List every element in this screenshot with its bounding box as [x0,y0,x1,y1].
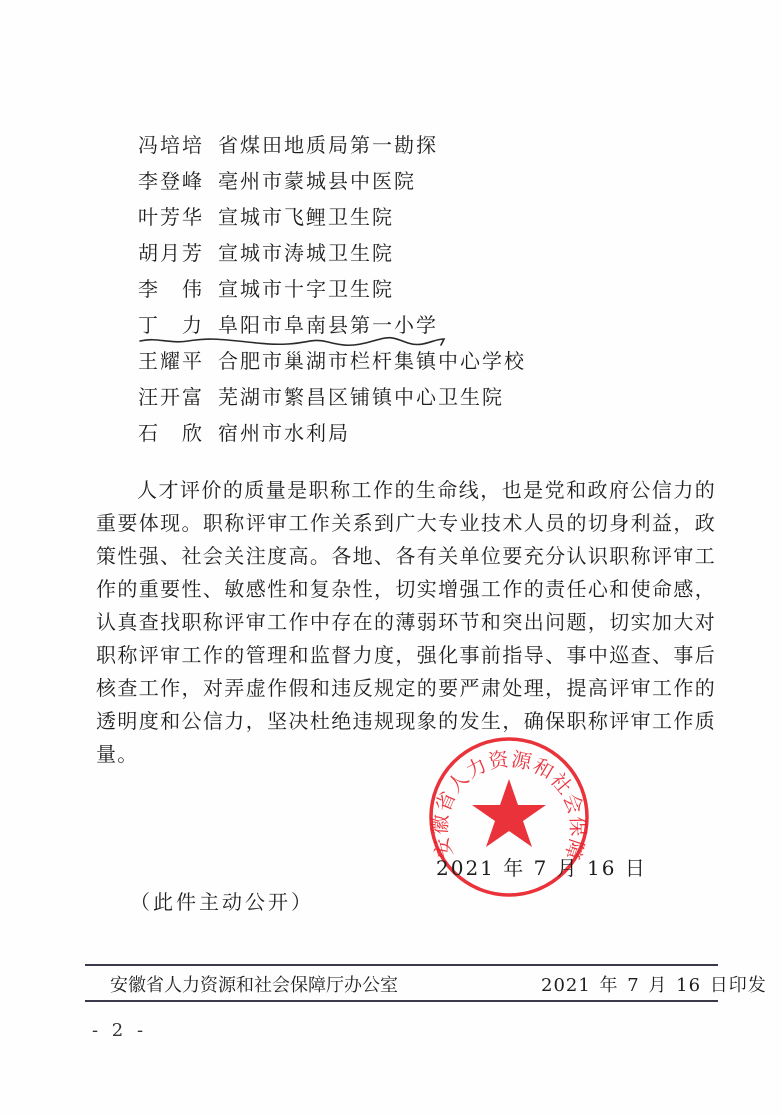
list-item: 李伟宣城市十字卫生院 [138,271,526,307]
issuing-office: 安徽省人力资源和社会保障厅办公室 [110,971,398,997]
list-item-underlined: 丁力阜阳市阜南县第一小学 [138,307,526,343]
person-name: 王耀平 [138,343,218,379]
person-name: 叶芳华 [138,199,218,235]
page-number: - 2 - [92,1020,147,1041]
list-item: 石欣宿州市水利局 [138,415,526,451]
work-unit: 亳州市蒙城县中医院 [218,163,416,199]
name-char: 李 [138,271,158,307]
list-item: 冯培培省煤田地质局第一勘探 [138,127,526,163]
person-name: 李伟 [138,271,218,307]
person-name: 冯培培 [138,127,218,163]
disclosure-note: （此件主动公开） [130,886,314,915]
person-name: 石欣 [138,415,218,451]
print-date: 2021 年 7 月 16 日印发 [541,971,767,997]
signature-date: 2021 年 7 月 16 日 [436,852,647,881]
star-icon [472,779,546,847]
name-char: 丁 [138,307,158,343]
work-unit: 宿州市水利局 [218,415,350,451]
list-item: 叶芳华宣城市飞鲤卫生院 [138,199,526,235]
work-unit: 宣城市飞鲤卫生院 [218,199,394,235]
name-char: 力 [182,307,202,343]
work-unit: 省煤田地质局第一勘探 [218,127,438,163]
name-char: 伟 [182,271,202,307]
footer-divider-bottom [85,1000,718,1002]
work-unit: 芜湖市繁昌区铺镇中心卫生院 [218,379,504,415]
name-char: 石 [138,415,158,451]
list-item: 王耀平合肥市巢湖市栏杆集镇中心学校 [138,343,526,379]
footer-divider-top [85,964,718,966]
person-name: 李登峰 [138,163,218,199]
work-unit: 阜阳市阜南县第一小学 [218,307,438,343]
body-paragraph: 人才评价的质量是职称工作的生命线，也是党和政府公信力的重要体现。职称评审工作关系… [96,474,716,771]
name-char: 欣 [182,415,202,451]
list-item: 汪开富芜湖市繁昌区铺镇中心卫生院 [138,379,526,415]
person-name: 丁力 [138,307,218,343]
work-unit: 合肥市巢湖市栏杆集镇中心学校 [218,343,526,379]
person-name: 胡月芳 [138,235,218,271]
name-list: 冯培培省煤田地质局第一勘探 李登峰亳州市蒙城县中医院 叶芳华宣城市飞鲤卫生院 胡… [138,127,526,451]
list-item: 胡月芳宣城市涛城卫生院 [138,235,526,271]
list-item: 李登峰亳州市蒙城县中医院 [138,163,526,199]
work-unit: 宣城市涛城卫生院 [218,235,394,271]
document-page: 冯培培省煤田地质局第一勘探 李登峰亳州市蒙城县中医院 叶芳华宣城市飞鲤卫生院 胡… [0,0,782,1115]
person-name: 汪开富 [138,379,218,415]
work-unit: 宣城市十字卫生院 [218,271,394,307]
